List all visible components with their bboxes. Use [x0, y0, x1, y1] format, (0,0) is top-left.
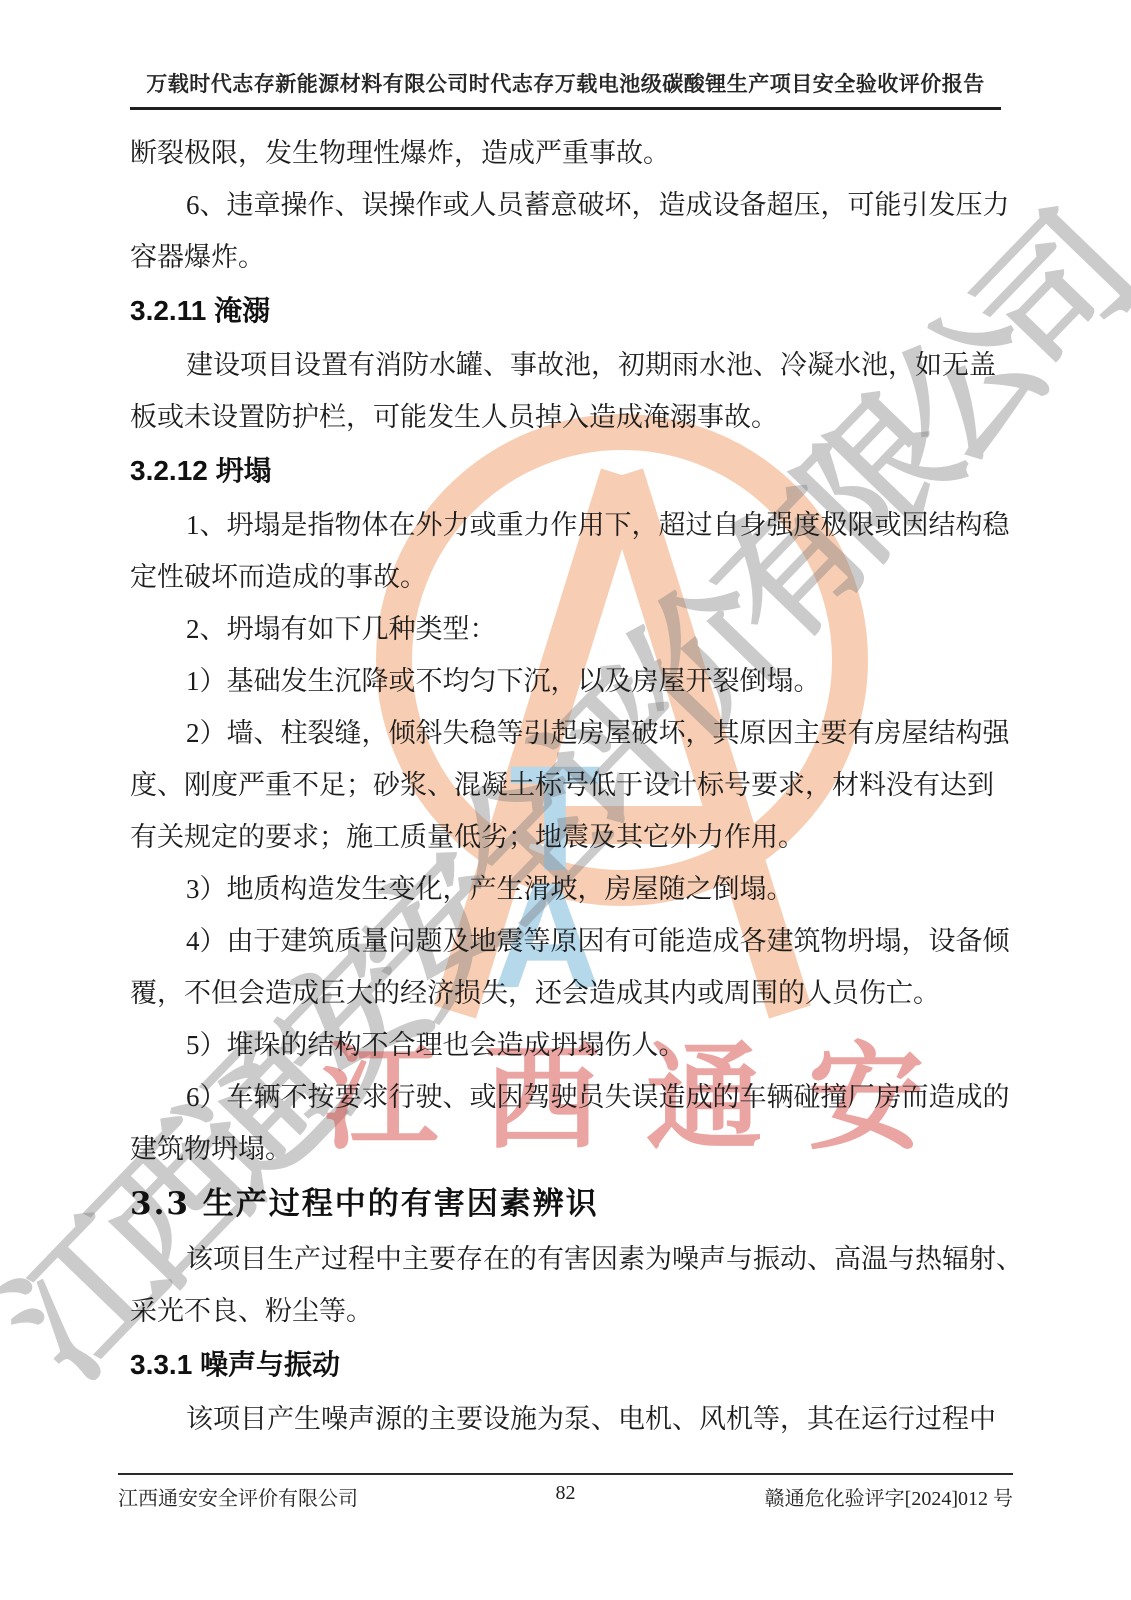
page-header-title: 万载时代志存新能源材料有限公司时代志存万载电池级碳酸锂生产项目安全验收评价报告: [130, 68, 1001, 110]
body-line: 1、坍塌是指物体在外力或重力作用下，超过自身强度极限或因结构稳: [130, 499, 990, 551]
body-line: 4）由于建筑质量问题及地震等原因有可能造成各建筑物坍塌，设备倾: [130, 915, 990, 967]
footer-doc-number: 赣通危化验评字[2024]012 号: [765, 1482, 1013, 1511]
body-line: 该项目产生噪声源的主要设施为泵、电机、风机等，其在运行过程中: [130, 1393, 990, 1445]
body-line: 覆，不但会造成巨大的经济损失，还会造成其内或周围的人员伤亡。: [130, 967, 990, 1019]
body-line: 板或未设置防护栏，可能发生人员掉入造成淹溺事故。: [130, 391, 990, 443]
page-footer: 82 江西通安安全评价有限公司 赣通危化验评字[2024]012 号: [118, 1473, 1013, 1511]
body-line: 断裂极限，发生物理性爆炸，造成严重事故。: [130, 127, 990, 179]
body-line: 建筑物坍塌。: [130, 1123, 990, 1175]
body-line: 1）基础发生沉降或不均匀下沉，以及房屋开裂倒塌。: [130, 655, 990, 707]
body-line: 5）堆垛的结构不合理也会造成坍塌伤人。: [130, 1019, 990, 1071]
section-heading: 3.2.11 淹溺: [130, 283, 990, 339]
body-line: 容器爆炸。: [130, 231, 990, 283]
body-line: 建设项目设置有消防水罐、事故池，初期雨水池、冷凝水池，如无盖: [130, 339, 990, 391]
document-content: 万载时代志存新能源材料有限公司时代志存万载电池级碳酸锂生产项目安全验收评价报告 …: [0, 0, 1131, 1600]
body-line: 定性破坏而造成的事故。: [130, 551, 990, 603]
section-heading: 3.3 生产过程中的有害因素辨识: [130, 1175, 990, 1233]
report-page: T A 江西通安安全评价有限公司 江西通安 万载时代志存新能源材料有限公司时代志…: [0, 0, 1131, 1600]
document-body: 断裂极限，发生物理性爆炸，造成严重事故。6、违章操作、误操作或人员蓄意破坏，造成…: [130, 127, 990, 1445]
footer-company: 江西通安安全评价有限公司: [118, 1482, 358, 1511]
body-line: 2）墙、柱裂缝，倾斜失稳等引起房屋破坏，其原因主要有房屋结构强: [130, 707, 990, 759]
body-line: 度、刚度严重不足；砂浆、混凝土标号低于设计标号要求，材料没有达到: [130, 759, 990, 811]
body-line: 6、违章操作、误操作或人员蓄意破坏，造成设备超压，可能引发压力: [130, 179, 990, 231]
section-heading: 3.3.1 噪声与振动: [130, 1337, 990, 1393]
body-line: 有关规定的要求；施工质量低劣；地震及其它外力作用。: [130, 811, 990, 863]
body-line: 该项目生产过程中主要存在的有害因素为噪声与振动、高温与热辐射、: [130, 1233, 990, 1285]
body-line: 3）地质构造发生变化，产生滑坡，房屋随之倒塌。: [130, 863, 990, 915]
body-line: 6）车辆不按要求行驶、或因驾驶员失误造成的车辆碰撞厂房而造成的: [130, 1071, 990, 1123]
body-line: 采光不良、粉尘等。: [130, 1285, 990, 1337]
body-line: 2、坍塌有如下几种类型：: [130, 603, 990, 655]
section-heading: 3.2.12 坍塌: [130, 443, 990, 499]
